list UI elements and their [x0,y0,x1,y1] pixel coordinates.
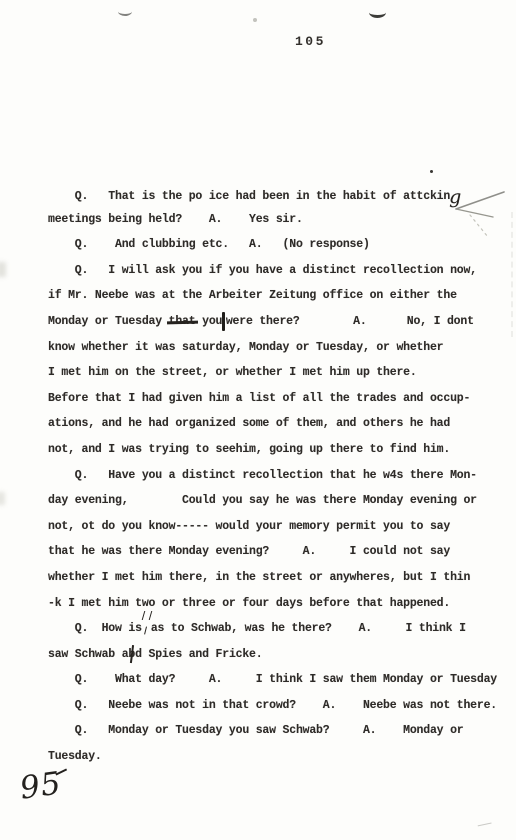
pen-corrected-letter: b [128,648,135,661]
transcript-body: Q. That is the po ice had been in the ha… [48,181,500,770]
handwritten-page-number: 95 [18,765,64,806]
text-segment: that he was there Monday evening? A. I c… [48,545,450,558]
text-line: ations, and he had organized some of the… [48,411,500,437]
page-number: 105 [295,34,326,49]
struck-word: that [169,315,196,328]
text-segment: d Spies and Fricke. [135,648,262,661]
text-segment: Tuesday. [48,750,102,763]
text-line: Tuesday. [48,744,500,770]
scan-artifact [118,7,132,16]
scan-artifact [253,18,257,22]
text-line: if Mr. Neebe was at the Arbeiter Zeitung… [48,283,500,309]
scan-artifact [369,7,386,18]
text-line: Q. Neebe was not in that crowd? A. Neebe… [48,693,500,719]
text-line: whether I met him there, in the street o… [48,565,500,591]
text-segment: Q. I will ask you if you have a distinct… [48,264,477,277]
text-line: Q. And clubbing etc. A. (No response) [48,232,500,258]
text-segment: were there? A. No, I dont [226,315,474,328]
text-segment: if Mr. Neebe was at the Arbeiter Zeitung… [48,289,457,302]
text-segment: Q. Monday or Tuesday you saw Schwab? A. … [48,724,463,737]
text-segment: I met him on the street, or whether I me… [48,366,417,379]
text-line: Q. I will ask you if you have a distinct… [48,258,500,284]
text-segment: know whether it was saturday, Monday or … [48,341,443,354]
text-segment: not, and I was trying to seehim, going u… [48,443,450,456]
text-line: Q. How isas to Schwab, was he there? A. … [48,616,500,642]
pencil-check-mark [448,182,510,242]
text-segment: day evening, Could you say he was there … [48,494,477,507]
text-line: that he was there Monday evening? A. I c… [48,539,500,565]
text-line: -k I met him two or three or four days b… [48,591,500,617]
text-segment: Q. How is [48,622,142,635]
text-line: saw Schwab abd Spies and Fricke. [48,642,500,668]
ink-speck [430,170,433,173]
scan-artifact [510,212,513,337]
scan-artifact [0,492,5,505]
text-line: I met him on the street, or whether I me… [48,360,500,386]
text-segment: Q. Have you a distinct recollection that… [48,469,477,482]
text-line: Q. That is the po ice had been in the ha… [48,181,500,207]
scanned-transcript-page: 105 Q. That is the po ice had been in th… [0,0,516,840]
text-segment: ations, and he had organized some of the… [48,417,450,430]
text-segment: Q. And clubbing etc. A. (No response) [48,238,370,251]
text-segment: you [195,315,222,328]
text-segment: Q. That is the po ice had been in the ha… [48,190,450,203]
text-segment: Q. Neebe was not in that crowd? A. Neebe… [48,699,497,712]
pen-insert-bar [222,312,225,331]
pen-caret-insertion [142,619,151,631]
text-line: not, and I was trying to seehim, going u… [48,437,500,463]
text-segment: Q. What day? A. I think I saw them Monda… [48,673,497,686]
text-segment: not, ot do you know----- would your memo… [48,520,450,533]
text-line: know whether it was saturday, Monday or … [48,335,500,361]
text-line: Before that I had given him a list of al… [48,386,500,412]
text-line: not, ot do you know----- would your memo… [48,514,500,540]
scan-artifact [476,817,491,827]
text-segment: Monday or Tuesday [48,315,169,328]
text-line: Q. Monday or Tuesday you saw Schwab? A. … [48,718,500,744]
text-segment: saw Schwab a [48,648,128,661]
text-segment: meetings being held? A. Yes sir. [48,213,303,226]
text-line: Q. Have you a distinct recollection that… [48,463,500,489]
text-line: Monday or Tuesday that youwere there? A.… [48,309,500,335]
text-line: day evening, Could you say he was there … [48,488,500,514]
scan-artifact [0,262,6,277]
text-segment: whether I met him there, in the street o… [48,571,470,584]
text-line: Q. What day? A. I think I saw them Monda… [48,667,500,693]
text-segment: as to Schwab, was he there? A. I think I [151,622,466,635]
text-segment: -k I met him two or three or four days b… [48,597,450,610]
text-line: meetings being held? A. Yes sir. [48,207,500,233]
text-segment: Before that I had given him a list of al… [48,392,470,405]
